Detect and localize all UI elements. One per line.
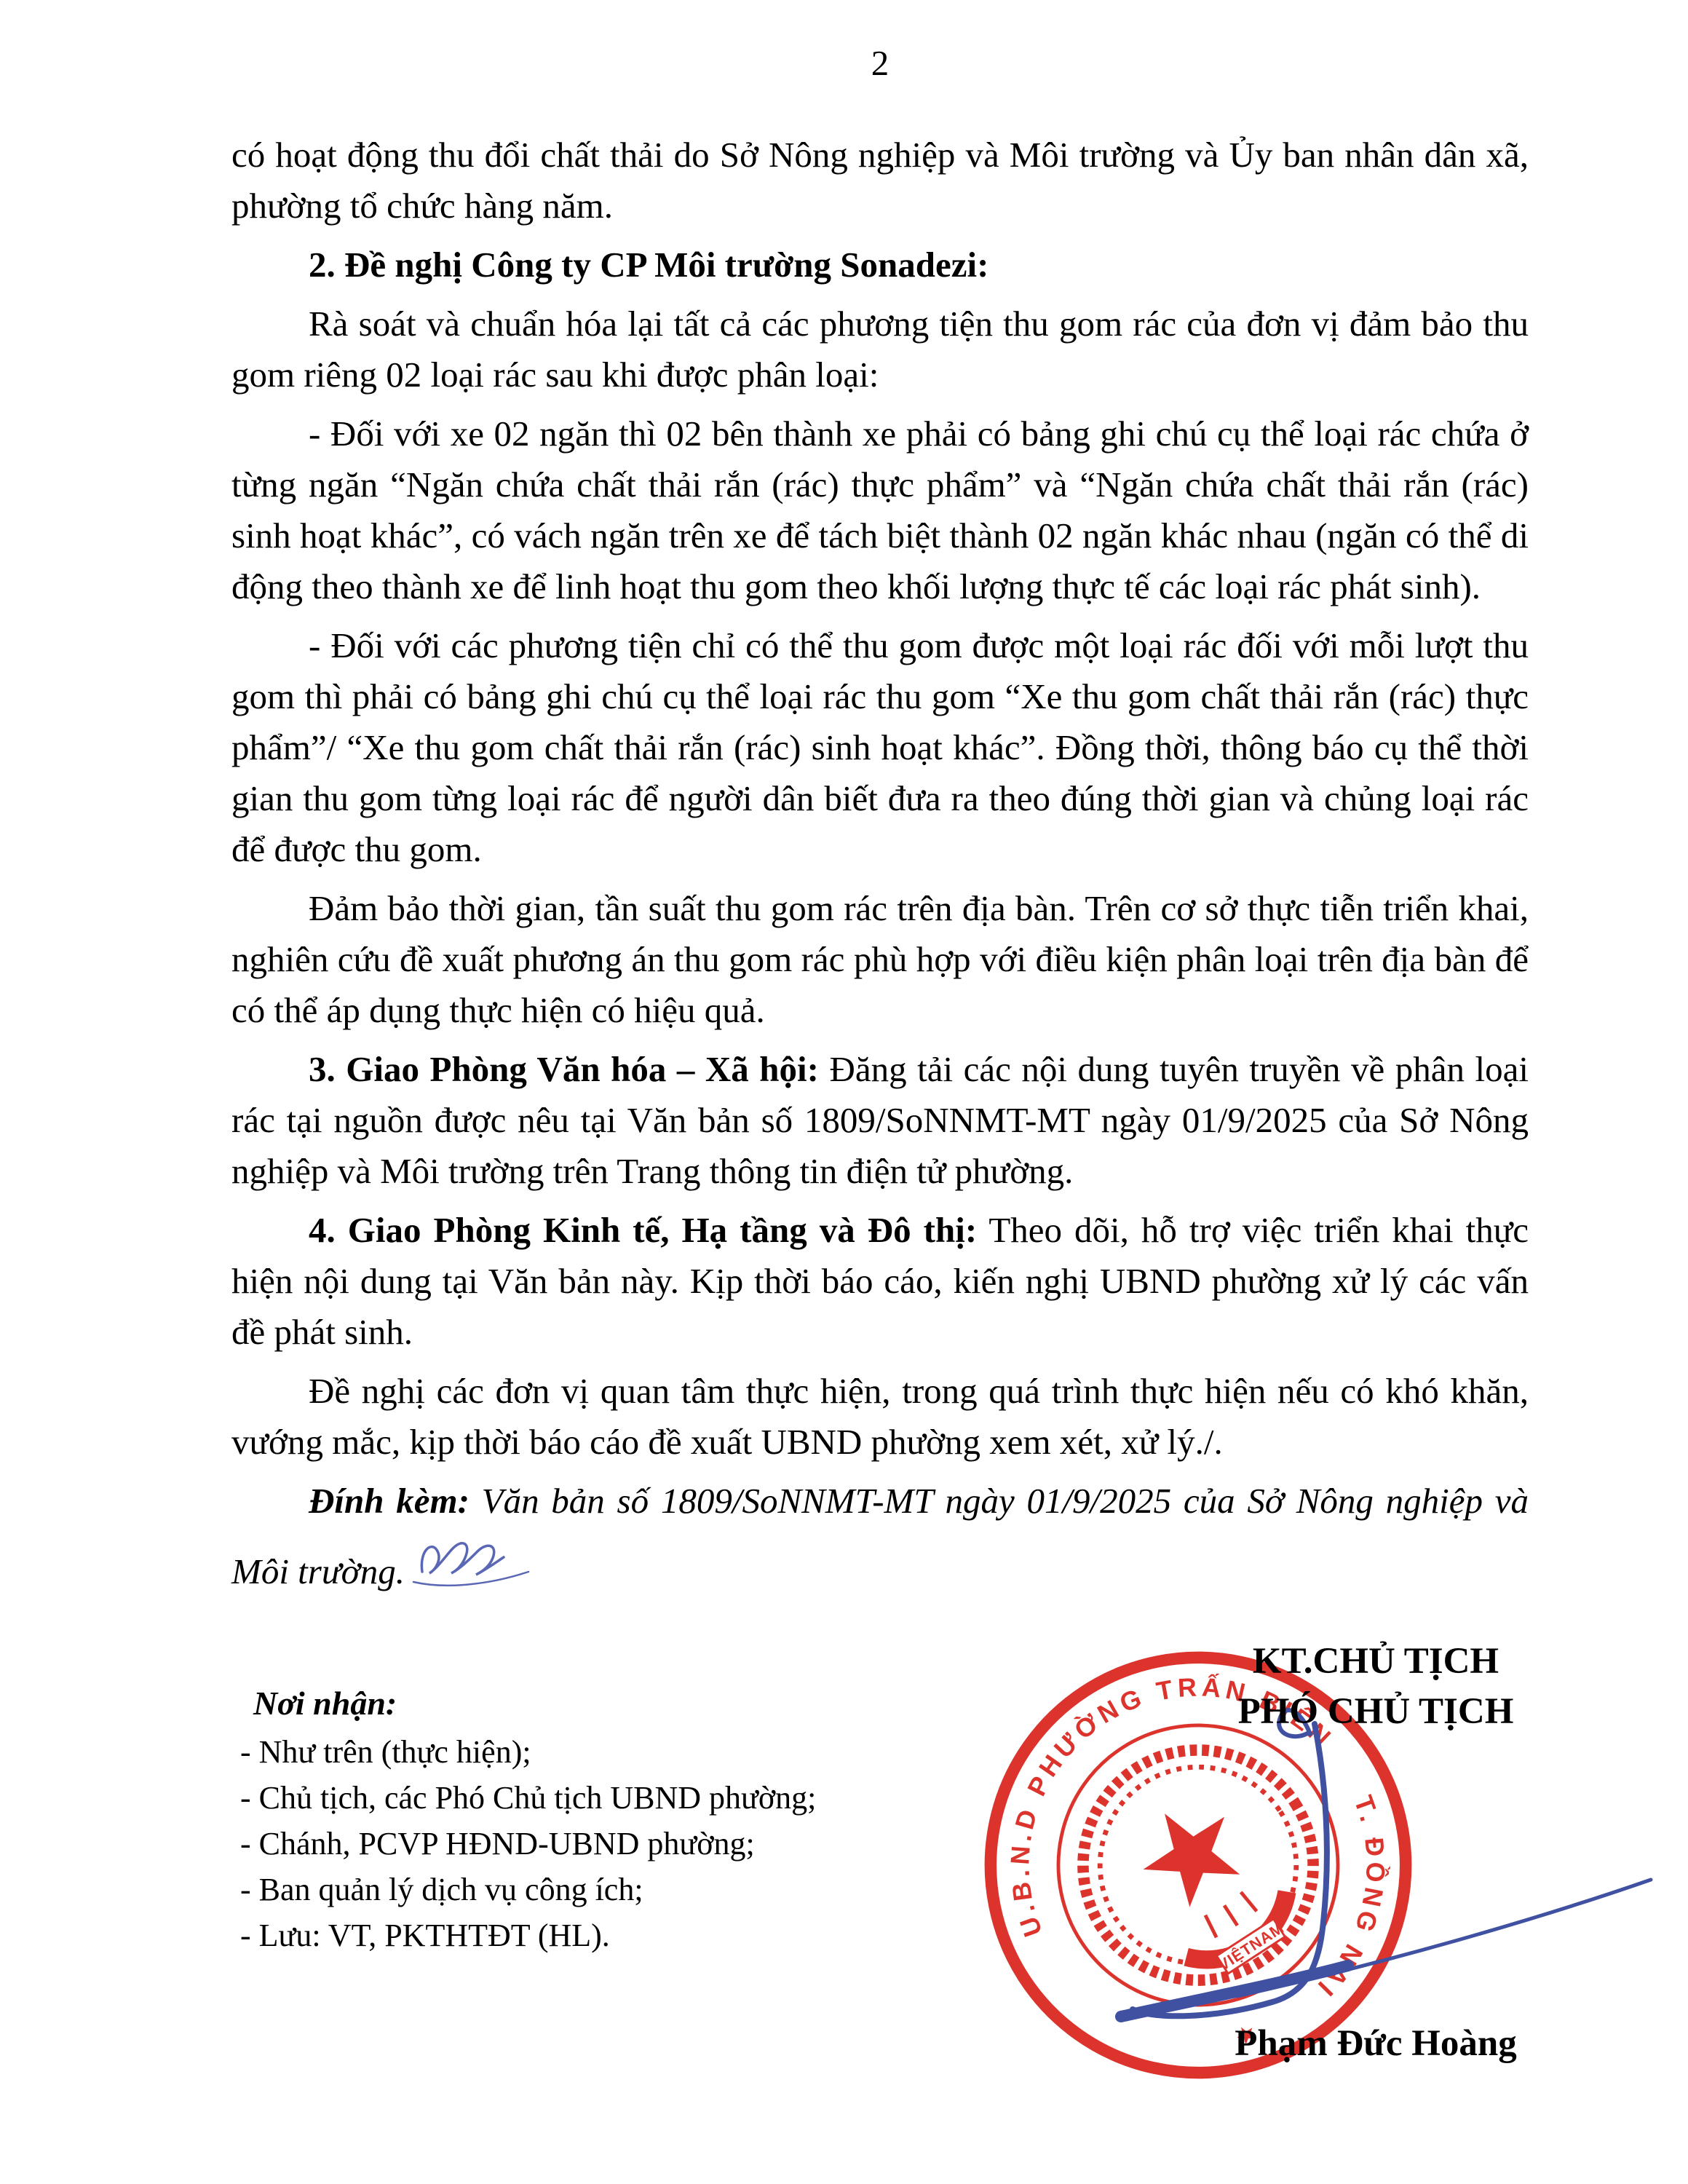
recipients-label: Nơi nhận: bbox=[253, 1680, 895, 1726]
paragraph-continuation: có hoạt động thu đổi chất thải do Sở Nôn… bbox=[231, 130, 1529, 232]
paragraph-de-nghi: Đề nghị các đơn vị quan tâm thực hiện, t… bbox=[231, 1366, 1529, 1468]
bullet-xe-02-ngan: - Đối với xe 02 ngăn thì 02 bên thành xe… bbox=[231, 408, 1529, 612]
recipient-item: - Ban quản lý dịch vụ công ích; bbox=[240, 1867, 895, 1912]
handwritten-initials bbox=[409, 1527, 533, 1592]
document-body: có hoạt động thu đổi chất thải do Sở Nôn… bbox=[231, 130, 1529, 1605]
section-3-heading-text: 3. Giao Phòng Văn hóa – Xã hội: bbox=[309, 1049, 819, 1089]
recipient-item: - Lưu: VT, PKTHTĐT (HL). bbox=[240, 1912, 895, 1958]
page-number: 2 bbox=[231, 42, 1529, 84]
paragraph-dam-bao: Đảm bảo thời gian, tần suất thu gom rác … bbox=[231, 883, 1529, 1036]
recipient-item: - Như trên (thực hiện); bbox=[240, 1729, 895, 1775]
bullet-phuong-tien-mot-loai: - Đối với các phương tiện chỉ có thể thu… bbox=[231, 620, 1529, 875]
section-3: 3. Giao Phòng Văn hóa – Xã hội: Đăng tải… bbox=[231, 1044, 1529, 1197]
paragraph-ra-soat: Rà soát và chuẩn hóa lại tất cả các phươ… bbox=[231, 298, 1529, 400]
attachment-label: Đính kèm: bbox=[309, 1481, 469, 1521]
svg-text:T. ĐỒNG NAI: T. ĐỒNG NAI bbox=[1237, 1787, 1459, 2009]
recipient-item: - Chủ tịch, các Phó Chủ tịch UBND phường… bbox=[240, 1775, 895, 1821]
attachment-note: Đính kèm: Văn bản số 1809/SoNNMT-MT ngày… bbox=[231, 1476, 1529, 1597]
section-4: 4. Giao Phòng Kinh tế, Hạ tầng và Đô thị… bbox=[231, 1205, 1529, 1358]
section-2-heading-text: 2. Đề nghị Công ty CP Môi trường Sonadez… bbox=[309, 245, 988, 285]
signer-title-line-2: PHÓ CHỦ TỊCH bbox=[1143, 1687, 1609, 1737]
document-page: 2 có hoạt động thu đổi chất thải do Sở N… bbox=[0, 0, 1688, 2184]
recipient-item: - Chánh, PCVP HĐND-UBND phường; bbox=[240, 1821, 895, 1867]
seal-national-emblem-star bbox=[1124, 1787, 1255, 1917]
recipients-block: Nơi nhận: - Như trên (thực hiện); - Chủ … bbox=[240, 1680, 895, 1958]
signer-name: Phạm Đức Hoàng bbox=[1143, 2022, 1609, 2065]
signer-title-block: KT.CHỦ TỊCH PHÓ CHỦ TỊCH bbox=[1143, 1637, 1609, 1737]
seal-bottom-text: T. ĐỒNG NAI bbox=[1237, 1787, 1459, 2009]
section-4-heading-text: 4. Giao Phòng Kinh tế, Hạ tầng và Đô thị… bbox=[309, 1210, 977, 1250]
signer-title-line-1: KT.CHỦ TỊCH bbox=[1143, 1637, 1609, 1687]
section-2-heading: 2. Đề nghị Công ty CP Môi trường Sonadez… bbox=[231, 240, 1529, 290]
